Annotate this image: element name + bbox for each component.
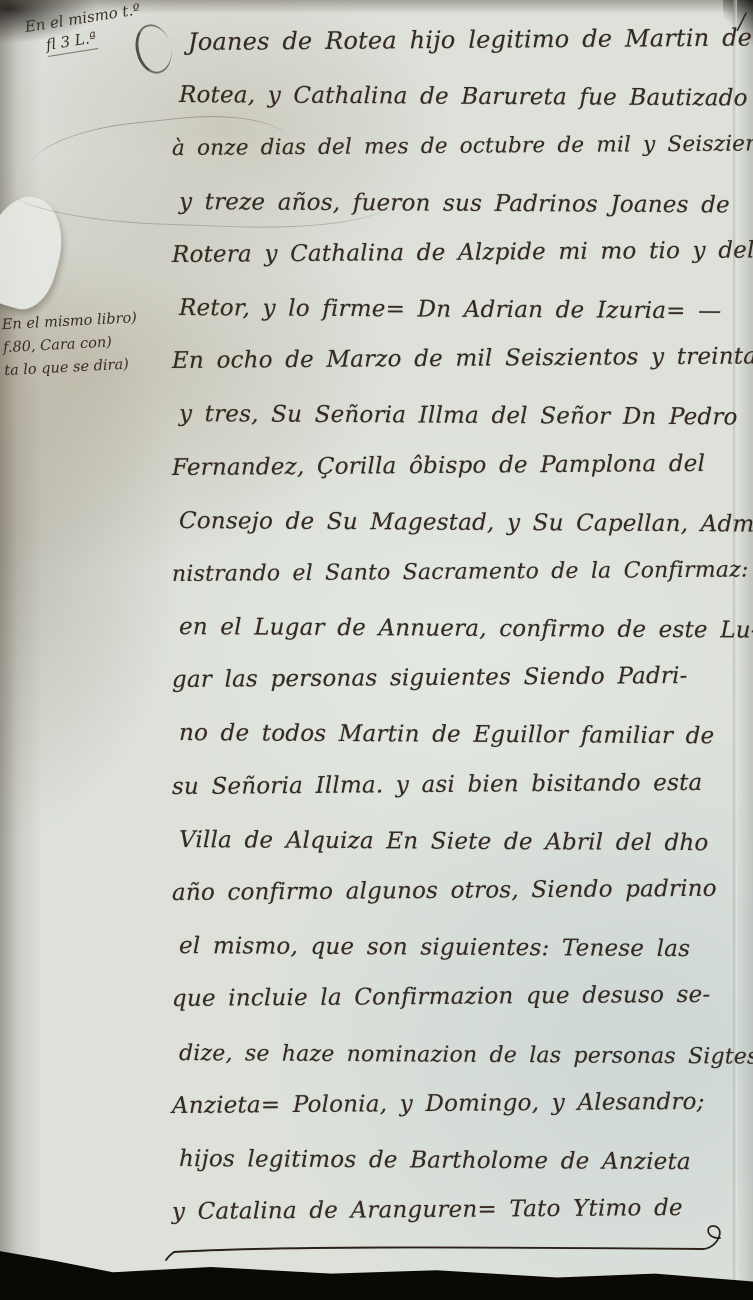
manuscript-line: Anzieta= Polonia, y Domingo, y Alesandro… xyxy=(172,1075,750,1133)
manuscript-line: dize, se haze nominazion de las personas… xyxy=(179,1027,750,1084)
manuscript-line: à onze dias del mes de octubre de mil y … xyxy=(172,118,750,176)
manuscript-line: no de todos Martin de Eguillor familiar … xyxy=(179,707,750,764)
manuscript-line: y tres, Su Señoria Illma del Señor Dn Pe… xyxy=(179,388,750,445)
manuscript-page: En el mismo t.º fl 3 L.ª / En el mismo l… xyxy=(0,0,753,1300)
manuscript-line: Consejo de Su Magestad, y Su Capellan, A… xyxy=(179,495,750,552)
manuscript-line: Joanes de Rotea hijo legitimo de Martin … xyxy=(188,12,750,70)
margin-note-left: En el mismo libro) f.80, Cara con) ta lo… xyxy=(1,306,164,383)
manuscript-line: y treze años, fueron sus Padrinos Joanes… xyxy=(179,176,750,233)
manuscript-body: Joanes de Rotea hijo legitimo de Martin … xyxy=(172,16,750,1239)
manuscript-line: En ocho de Marzo de mil Seiszientos y tr… xyxy=(172,331,750,389)
manuscript-line: Rotera y Cathalina de Alzpide mi mo tio … xyxy=(172,224,750,282)
manuscript-line: Villa de Alquiza En Siete de Abril del d… xyxy=(179,814,750,871)
manuscript-line: que incluie la Confirmazion que desuso s… xyxy=(172,969,750,1027)
manuscript-line: hijos legitimos de Bartholome de Anzieta xyxy=(179,1133,750,1190)
manuscript-line: Retor, y lo firme= Dn Adrian de Izuria= … xyxy=(179,282,750,339)
manuscript-line: su Señoria Illma. y asi bien bisitando e… xyxy=(172,756,750,814)
manuscript-line: nistrando el Santo Sacramento de la Conf… xyxy=(172,543,750,601)
manuscript-line: Fernandez, Çorilla ôbispo de Pamplona de… xyxy=(172,437,750,495)
manuscript-line: gar las personas siguientes Siendo Padri… xyxy=(172,650,750,708)
manuscript-line: año confirmo algunos otros, Siendo padri… xyxy=(172,862,750,920)
ink-rule-line xyxy=(158,1212,748,1268)
